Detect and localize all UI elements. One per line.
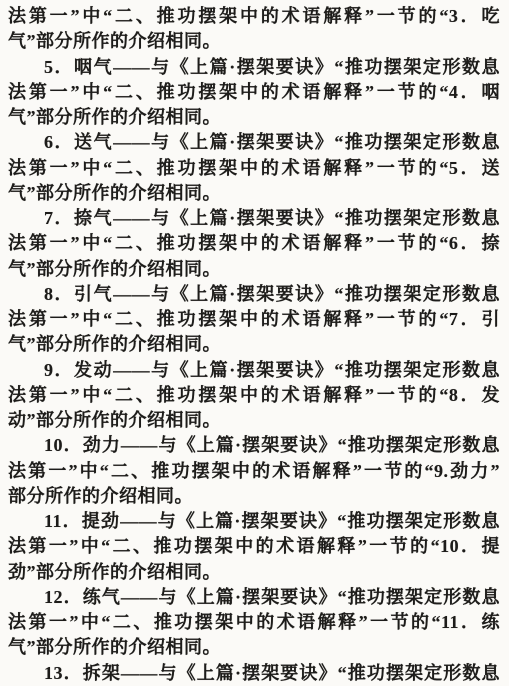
text-line-6: 6．送气——与《上篇·摆架要诀》“推功摆架定形数息 [8,130,500,155]
text-line-12: 8．引气——与《上篇·摆架要诀》“推功摆架定形数息 [8,282,500,307]
text-line-14: 气”部分所作的介绍相同。 [8,332,500,357]
text-line-8: 气”部分所作的介绍相同。 [8,181,500,206]
text-line-1: 法第一”中“二、推功摆架中的术语解释”一节的“3．吃 [8,4,500,29]
text-line-20: 部分所作的介绍相同。 [8,484,500,509]
text-line-23: 劲”部分所作的介绍相同。 [8,560,500,585]
text-line-25: 法第一”中“二、推功摆架中的术语解释”一节的“11．练 [8,610,500,635]
text-line-5: 气”部分所作的介绍相同。 [8,105,500,130]
text-line-2: 气”部分所作的介绍相同。 [8,29,500,54]
text-line-15: 9．发动——与《上篇·摆架要诀》“推功摆架定形数息 [8,358,500,383]
text-line-9: 7．捺气——与《上篇·摆架要诀》“推功摆架定形数息 [8,206,500,231]
text-line-3: 5．咽气——与《上篇·摆架要诀》“推功摆架定形数息 [8,55,500,80]
text-line-19: 法第一”中“二、推功摆架中的术语解释”一节的“9.劲力” [8,459,500,484]
text-line-24: 12．练气——与《上篇·摆架要诀》“推功摆架定形数息 [8,585,500,610]
text-line-21: 11．提劲——与《上篇·摆架要诀》“推功摆架定形数息 [8,509,500,534]
text-line-7: 法第一”中“二、推功摆架中的术语解释”一节的“5．送 [8,156,500,181]
text-line-22: 法第一”中“二、推功摆架中的术语解释”一节的“10．提 [8,534,500,559]
text-line-26: 气”部分所作的介绍相同。 [8,635,500,660]
text-line-16: 法第一”中“二、推功摆架中的术语解释”一节的“8．发 [8,383,500,408]
text-line-11: 气”部分所作的介绍相同。 [8,257,500,282]
text-line-10: 法第一”中“二、推功摆架中的术语解释”一节的“6．捺 [8,231,500,256]
text-line-13: 法第一”中“二、推功摆架中的术语解释”一节的“7．引 [8,307,500,332]
book-page: 法第一”中“二、推功摆架中的术语解释”一节的“3．吃气”部分所作的介绍相同。5．… [0,0,509,686]
text-line-27: 13．拆架——与《上篇·摆架要诀》“推功摆架定形数息 [8,661,500,686]
page-text-block: 法第一”中“二、推功摆架中的术语解释”一节的“3．吃气”部分所作的介绍相同。5．… [8,4,500,686]
text-line-18: 10．劲力——与《上篇·摆架要诀》“推功摆架定形数息 [8,433,500,458]
text-line-4: 法第一”中“二、推功摆架中的术语解释”一节的“4．咽 [8,80,500,105]
text-line-17: 动”部分所作的介绍相同。 [8,408,500,433]
